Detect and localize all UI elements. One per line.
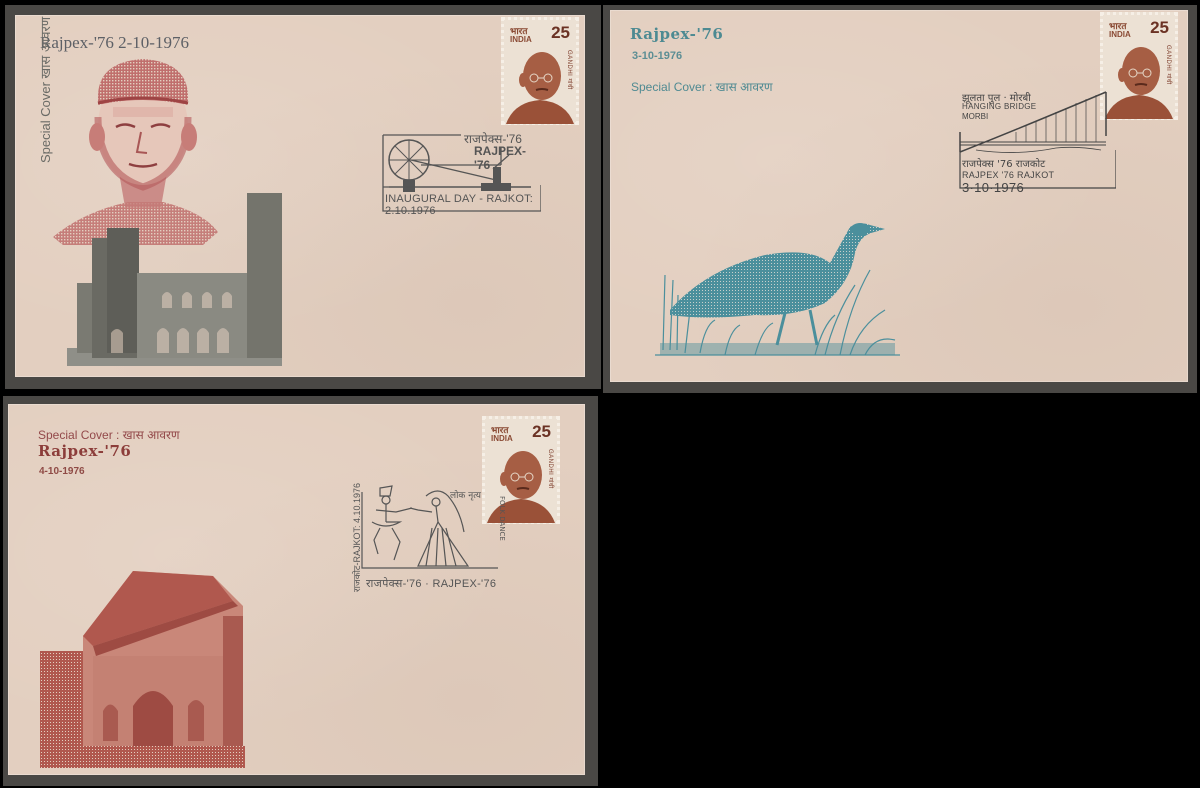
stamp-value: 25 <box>551 23 570 43</box>
postmark-inaugural-day: राजपेक्स-'76 RAJPEX-'76 INAUGURAL DAY - … <box>381 125 541 213</box>
cover-2-special-cover-label: Special Cover : खास आवरण <box>631 78 773 95</box>
gandhi-stamp-1: भारत INDIA 25 GANDHI गांधी <box>501 17 579 125</box>
gandhi-portrait-icon <box>504 42 576 124</box>
cover-3-envelope[interactable]: Special Cover : खास आवरण Rajpex-'76 4-10… <box>8 404 585 775</box>
stamp-value: 25 <box>1150 18 1169 38</box>
cover-3-title: Rajpex-'76 <box>38 442 131 460</box>
postmark-line-rajpex-rajkot: RAJPEX '76 RAJKOT 3·10·1976 <box>962 170 1116 195</box>
cover-2-title: Rajpex-'76 <box>630 25 723 43</box>
postmark-hanging-bridge: झूलता पुल · मोरबी HANGING BRIDGE MORBI र… <box>956 90 1116 198</box>
cover-3-special-cover-label: Special Cover : खास आवरण <box>38 426 180 443</box>
postmark-line-hindi-2: राजपेक्स '76 राजकोट <box>962 156 1045 170</box>
cover-1-envelope[interactable]: Rajpex-'76 2-10-1976 Special Cover खास आ… <box>15 15 585 377</box>
museum-building-illustration <box>38 566 248 771</box>
postmark-bottom-rajpex: राजपेक्स-'76 · RAJPEX-'76 <box>366 576 496 591</box>
stamp-value: 25 <box>532 422 551 442</box>
cover-2-date: 3-10-1976 <box>632 50 682 62</box>
postmark-vertical-date: राजकोट-RAJKOT: 4.10.1976 <box>350 483 363 592</box>
postmark-line-date: INAUGURAL DAY - RAJKOT: 2.10.1976 <box>385 193 541 217</box>
postmark-folk-dance: राजकोट-RAJKOT: 4.10.1976 लोक नृत्य FOLK … <box>348 482 508 612</box>
cover-2-envelope[interactable]: Rajpex-'76 3-10-1976 Special Cover : खास… <box>610 10 1188 382</box>
postmark-line-rajpex: RAJPEX-'76 <box>474 144 541 172</box>
postmark-folk-dance-label: FOLK DANCE <box>498 496 506 541</box>
folk-dancers-icon <box>348 482 508 582</box>
postmark-date: 3·10·1976 <box>962 180 1024 195</box>
cover-3-date: 4-10-1976 <box>39 466 85 477</box>
school-building-illustration <box>67 193 282 373</box>
bustard-bird-illustration <box>645 215 905 360</box>
postmark-rajpex-rajkot-text: RAJPEX '76 RAJKOT <box>962 170 1054 180</box>
postmark-top-hindi: लोक नृत्य <box>450 488 481 501</box>
